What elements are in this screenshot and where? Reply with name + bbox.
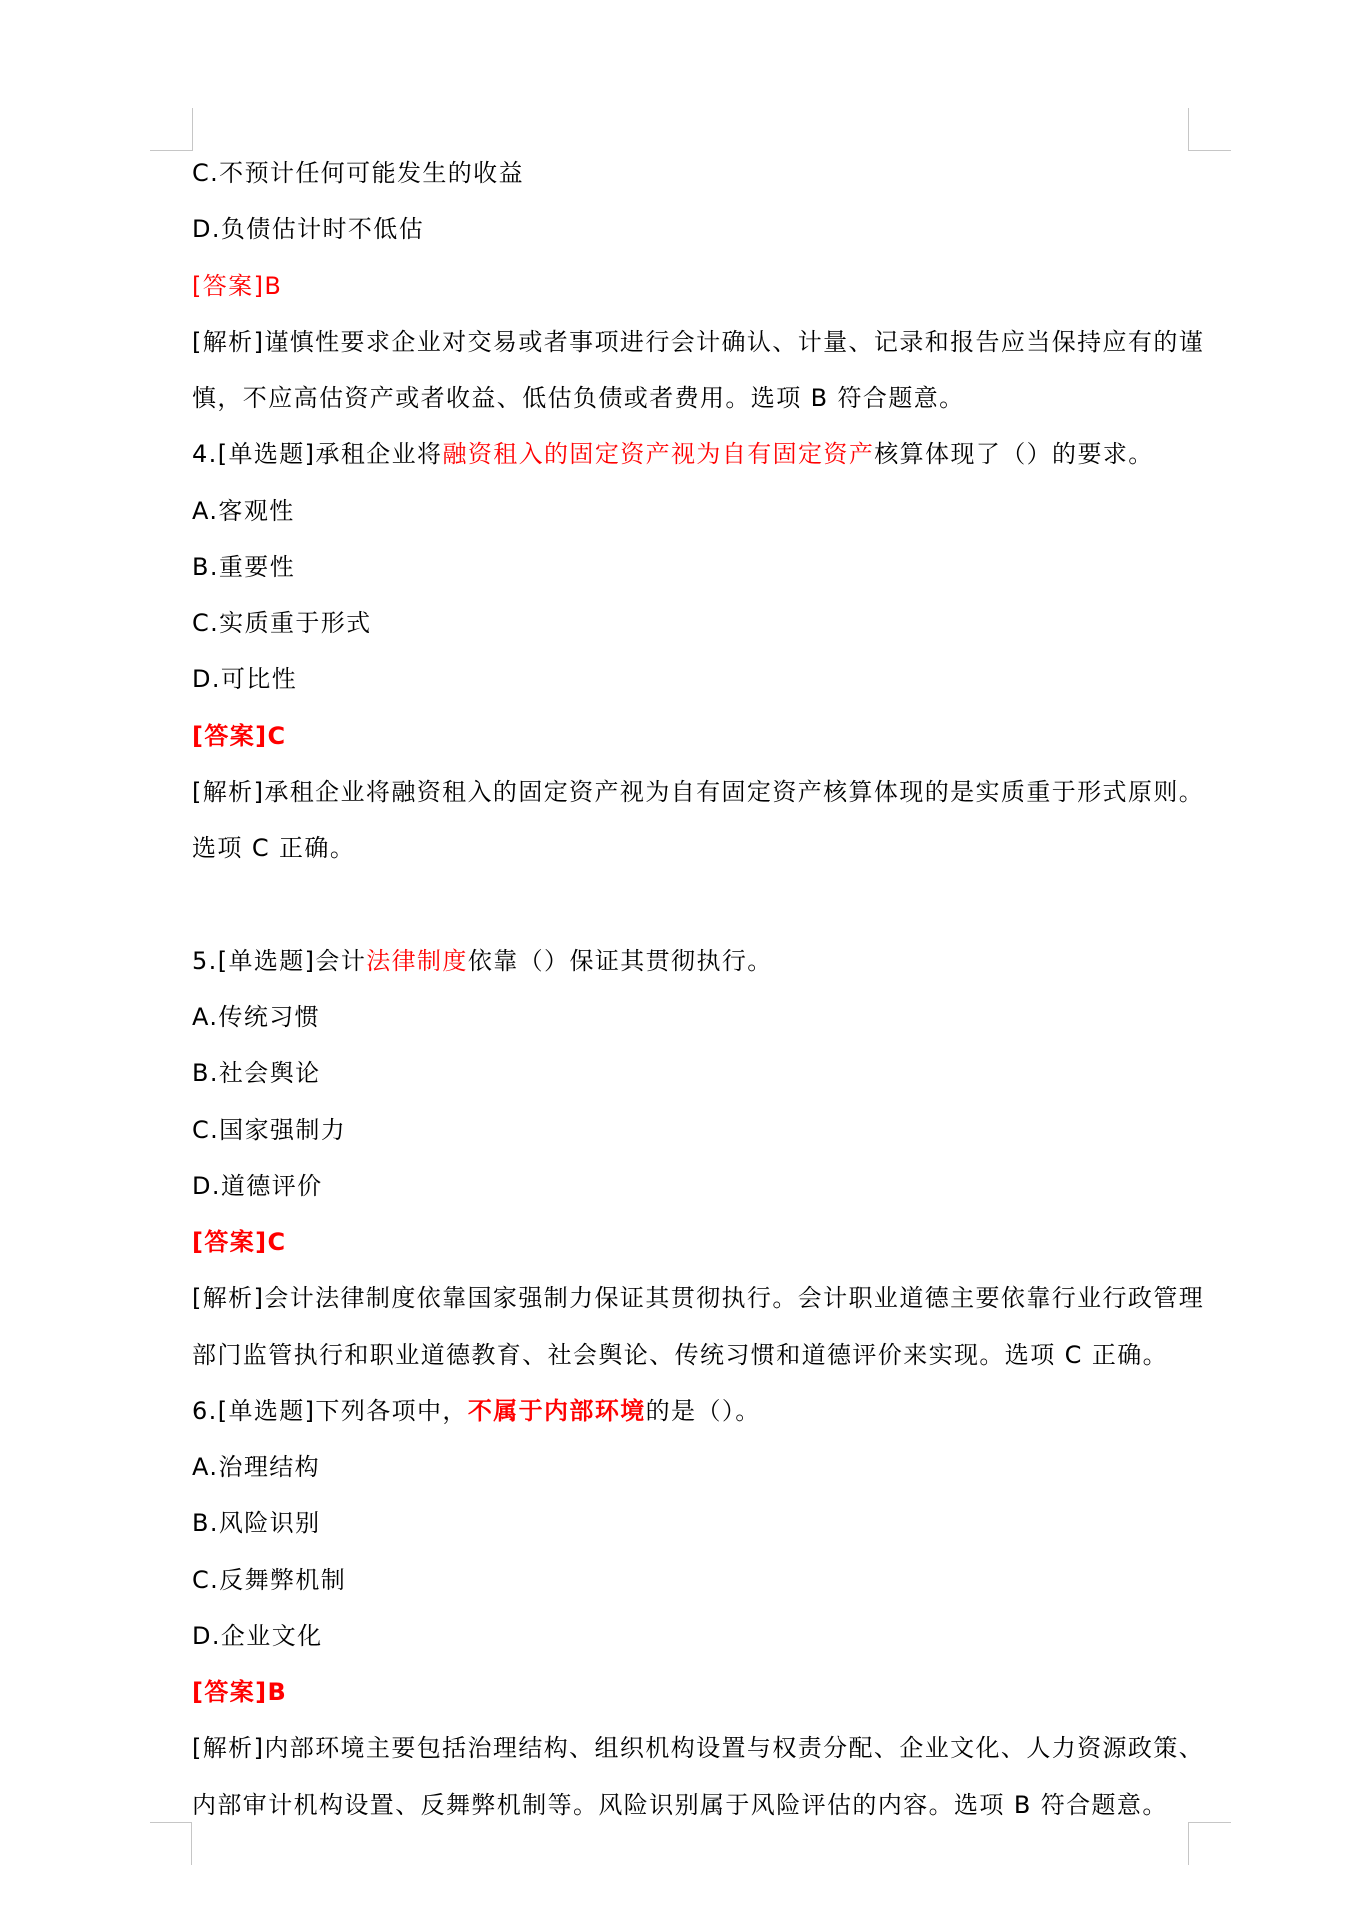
q4-stem-suffix: 核算体现了（）的要求。 [874, 440, 1153, 468]
blank-line [192, 876, 1192, 932]
corner-mark-bottom-left [150, 1822, 192, 1865]
corner-mark-top-left [150, 108, 193, 151]
q6-stem-highlight: 不属于内部环境 [468, 1397, 646, 1425]
q4-analysis-line-2: 选项 C 正确。 [192, 820, 1192, 876]
q4-stem: 4.[单选题]承租企业将融资租入的固定资产视为自有固定资产核算体现了（）的要求。 [192, 426, 1192, 482]
q6-stem-suffix: 的是（）。 [646, 1397, 761, 1425]
q5-analysis-line-1: [解析]会计法律制度依靠国家强制力保证其贯彻执行。会计职业道德主要依靠行业行政管… [192, 1270, 1192, 1326]
q6-stem: 6.[单选题]下列各项中，不属于内部环境的是（）。 [192, 1383, 1192, 1439]
corner-mark-top-right [1188, 108, 1231, 151]
q3-analysis-line-2: 慎，不应高估资产或者收益、低估负债或者费用。选项 B 符合题意。 [192, 370, 1192, 426]
q5-option-b: B.社会舆论 [192, 1045, 1192, 1101]
q3-answer: [答案]B [192, 258, 1192, 314]
q3-analysis-line-1: [解析]谨慎性要求企业对交易或者事项进行会计确认、计量、记录和报告应当保持应有的… [192, 314, 1192, 370]
q6-option-a: A.治理结构 [192, 1439, 1192, 1495]
q5-stem: 5.[单选题]会计法律制度依靠（）保证其贯彻执行。 [192, 933, 1192, 989]
q5-option-d: D.道德评价 [192, 1158, 1192, 1214]
q6-analysis-line-2: 内部审计机构设置、反舞弊机制等。风险识别属于风险评估的内容。选项 B 符合题意。 [192, 1777, 1192, 1833]
q6-analysis-line-1: [解析]内部环境主要包括治理结构、组织机构设置与权责分配、企业文化、人力资源政策… [192, 1720, 1192, 1776]
q5-stem-suffix: 依靠（）保证其贯彻执行。 [468, 947, 773, 975]
q5-answer: [答案]C [192, 1214, 1192, 1270]
q6-answer: [答案]B [192, 1664, 1192, 1720]
q4-stem-prefix: 4.[单选题]承租企业将 [192, 440, 442, 468]
q6-option-d: D.企业文化 [192, 1608, 1192, 1664]
q4-option-d: D.可比性 [192, 651, 1192, 707]
document-body: C.不预计任何可能发生的收益 D.负债估计时不低估 [答案]B [解析]谨慎性要… [192, 145, 1192, 1833]
q4-option-c: C.实质重于形式 [192, 595, 1192, 651]
q3-option-c: C.不预计任何可能发生的收益 [192, 145, 1192, 201]
q5-option-c: C.国家强制力 [192, 1102, 1192, 1158]
q4-answer: [答案]C [192, 708, 1192, 764]
q4-analysis-line-1: [解析]承租企业将融资租入的固定资产视为自有固定资产核算体现的是实质重于形式原则… [192, 764, 1192, 820]
q4-option-a: A.客观性 [192, 483, 1192, 539]
q5-option-a: A.传统习惯 [192, 989, 1192, 1045]
q4-option-b: B.重要性 [192, 539, 1192, 595]
q5-analysis-line-2: 部门监管执行和职业道德教育、社会舆论、传统习惯和道德评价来实现。选项 C 正确。 [192, 1327, 1192, 1383]
q5-stem-highlight: 法律制度 [366, 947, 468, 975]
q6-option-b: B.风险识别 [192, 1495, 1192, 1551]
q4-stem-highlight: 融资租入的固定资产视为自有固定资产 [442, 440, 874, 468]
q3-option-d: D.负债估计时不低估 [192, 201, 1192, 257]
q5-stem-prefix: 5.[单选题]会计 [192, 947, 366, 975]
q6-option-c: C.反舞弊机制 [192, 1552, 1192, 1608]
document-page: C.不预计任何可能发生的收益 D.负债估计时不低估 [答案]B [解析]谨慎性要… [0, 0, 1357, 1923]
corner-mark-bottom-right [1188, 1822, 1231, 1865]
q6-stem-prefix: 6.[单选题]下列各项中， [192, 1397, 468, 1425]
